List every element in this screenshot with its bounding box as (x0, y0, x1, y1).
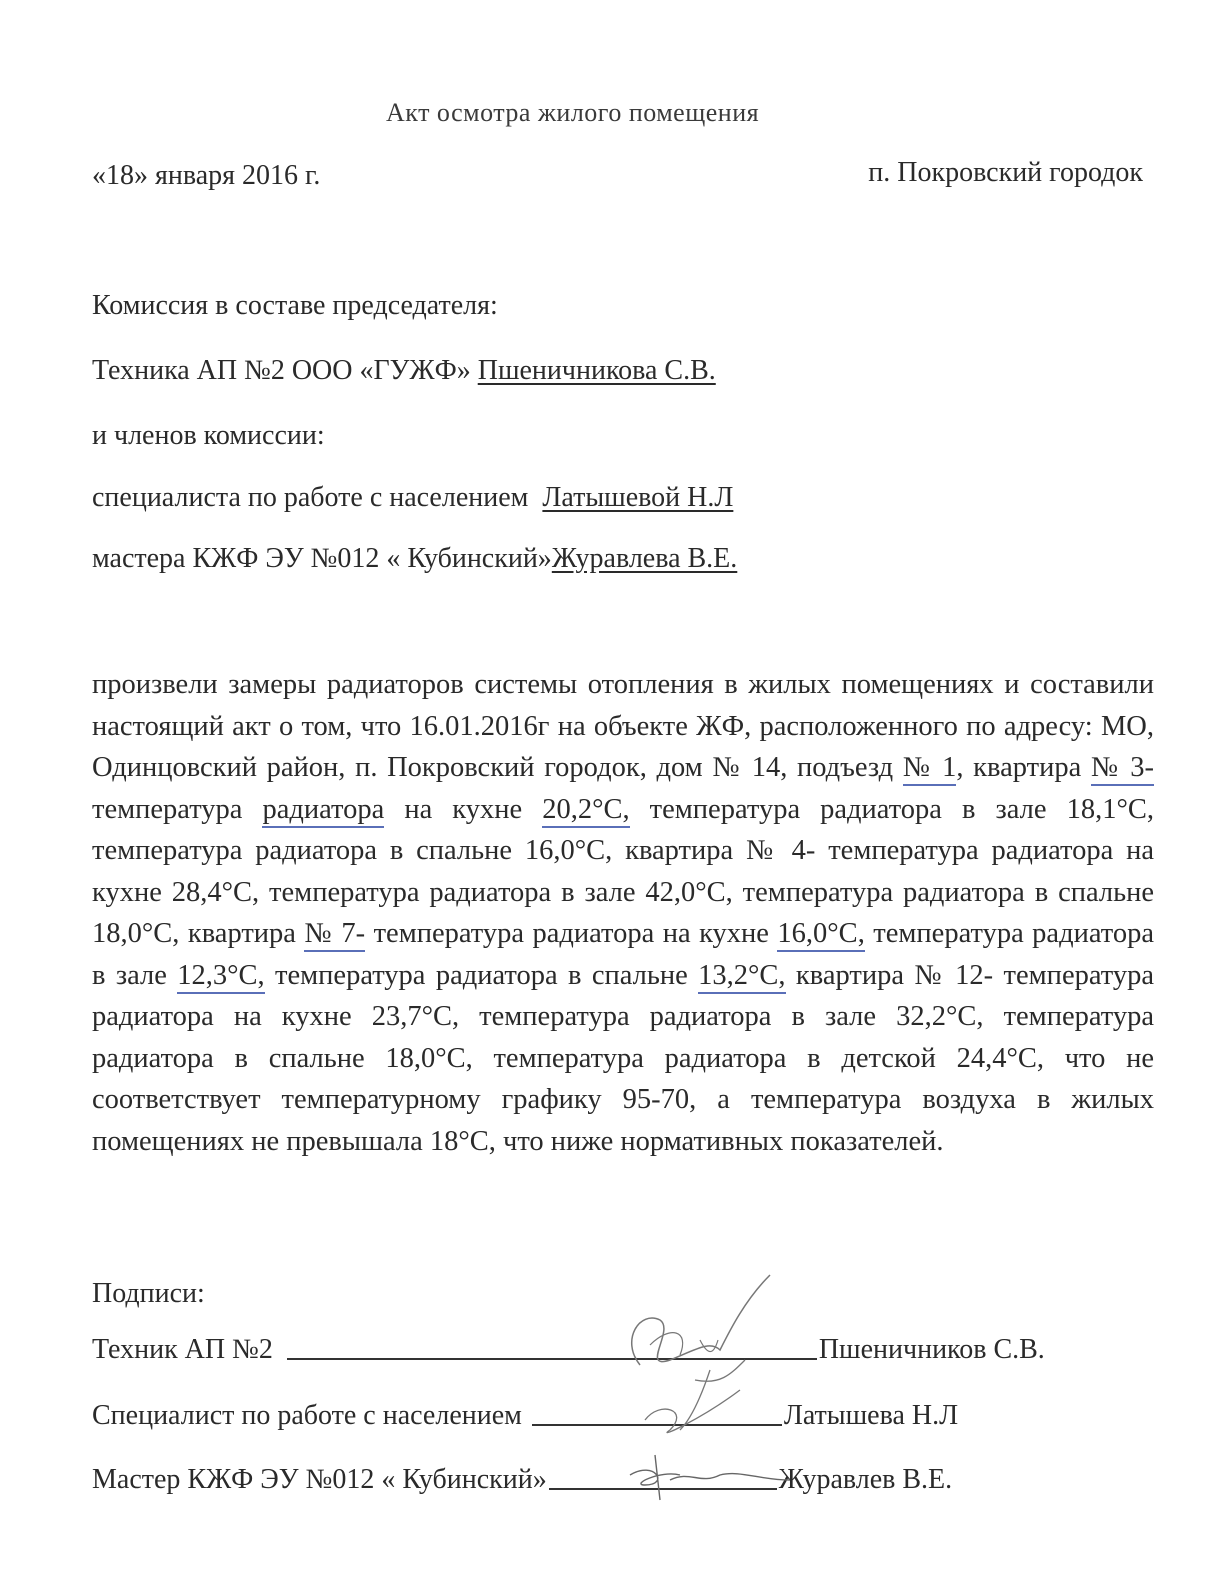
member1-name: Латышевой Н.Л (542, 482, 733, 513)
document-title: Акт осмотра жилого помещения (386, 98, 759, 128)
pen-underline: радиатора (262, 794, 384, 828)
body-text: , квартира (956, 752, 1090, 783)
document-place: п. Покровский городок (868, 157, 1143, 189)
commission-chair: Техника АП №2 ООО «ГУЖФ» Пшеничникова С.… (92, 355, 716, 387)
members-intro: и членов комиссии: (92, 420, 325, 452)
member2-name: Журавлева В.Е. (552, 543, 737, 574)
signature-name: Пшеничников С.В. (819, 1334, 1045, 1366)
pen-underline: № 3- (1091, 752, 1154, 786)
signature-row: Техник АП №2 Пшеничников С.В. (92, 1334, 1045, 1366)
pen-underline: 20,2°С, (542, 794, 629, 828)
document-date: «18» января 2016 г. (92, 160, 320, 192)
pen-underline: 12,3°С, (177, 960, 264, 994)
pen-underline: № 7- (304, 918, 365, 952)
signature-role: Техник АП №2 (92, 1334, 273, 1366)
commission-member-1: специалиста по работе с населением Латыш… (92, 482, 733, 514)
pen-underline: 13,2°С, (698, 960, 785, 994)
commission-intro: Комиссия в составе председателя: (92, 290, 498, 322)
signature-name: Журавлев В.Е. (779, 1464, 952, 1496)
signature-row: Мастер КЖФ ЭУ №012 « Кубинский» Журавлев… (92, 1464, 952, 1496)
chair-name: Пшеничникова С.В. (478, 355, 716, 386)
signature-role: Мастер КЖФ ЭУ №012 « Кубинский» (92, 1464, 547, 1496)
chair-prefix: Техника АП №2 ООО «ГУЖФ» (92, 355, 471, 386)
body-text: температура радиатора на кухне (365, 918, 777, 949)
body-text: на кухне (384, 794, 542, 825)
signature-row: Специалист по работе с населением Латыше… (92, 1400, 958, 1432)
signature-name: Латышева Н.Л (784, 1400, 958, 1432)
member1-prefix: специалиста по работе с населением (92, 482, 528, 513)
body-text: температура радиатора в спальне (265, 960, 698, 991)
body-text: температура (92, 794, 262, 825)
handwritten-signature-icon (600, 1270, 800, 1520)
pen-underline: № 1 (903, 752, 957, 786)
member2-prefix: мастера КЖФ ЭУ №012 « Кубинский» (92, 543, 552, 574)
commission-member-2: мастера КЖФ ЭУ №012 « Кубинский»Журавлев… (92, 543, 737, 575)
signature-role: Специалист по работе с населением (92, 1400, 522, 1432)
pen-underline: 16,0°С, (777, 918, 864, 952)
signatures-heading: Подписи: (92, 1278, 205, 1310)
body-paragraph: произвели замеры радиаторов системы отоп… (92, 664, 1154, 1162)
